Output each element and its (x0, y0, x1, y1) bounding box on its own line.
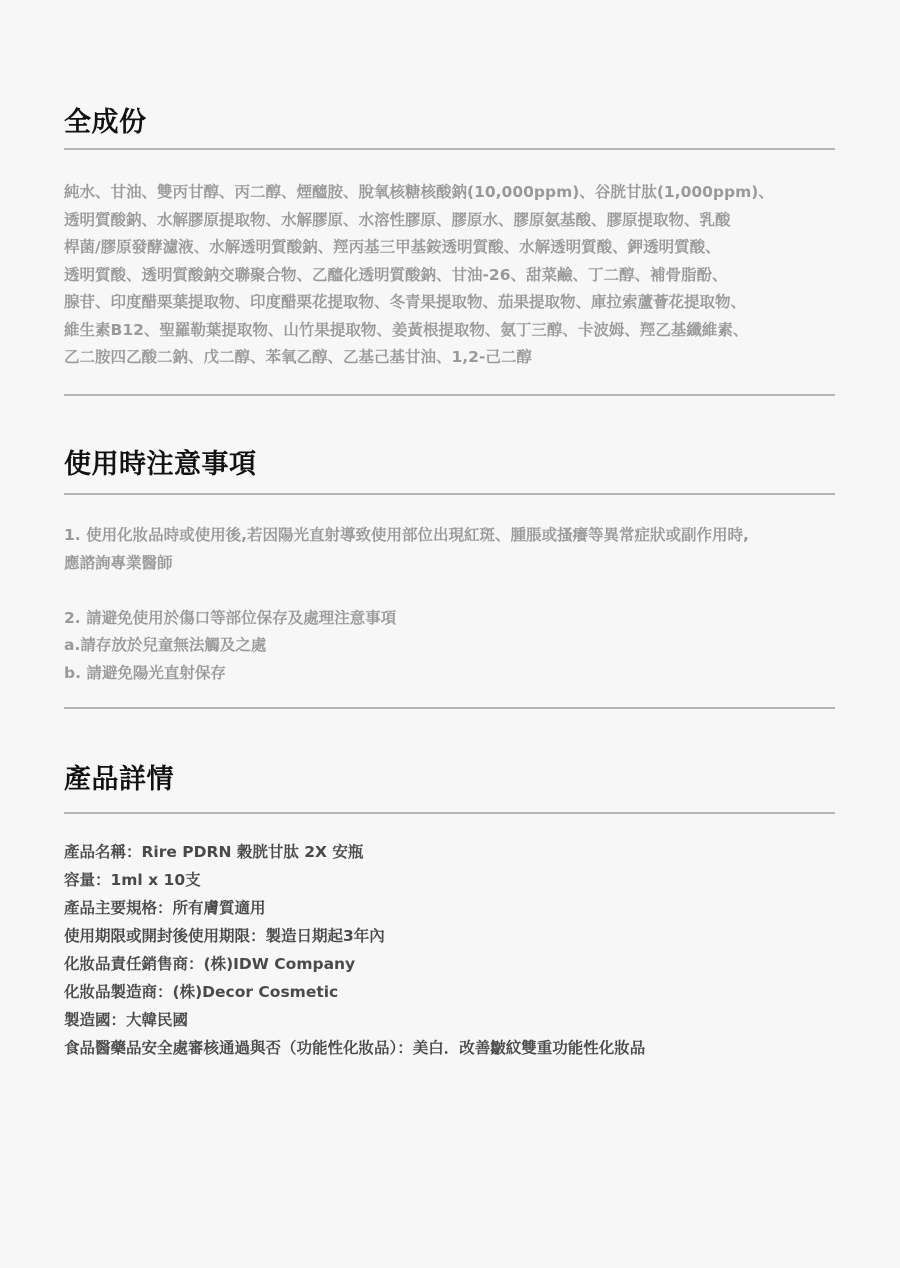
detail-shelf-life: 使用期限或開封後使用期限：製造日期起3年內 (64, 922, 645, 950)
caution-item-1-line-2: 應諮詢專業醫師 (64, 550, 749, 578)
details-title: 產品詳情 (64, 762, 174, 798)
detail-skin-type: 產品主要規格：所有膚質適用 (64, 894, 645, 922)
detail-distributor: 化妝品責任銷售商：(株)IDW Company (64, 950, 645, 978)
ingredients-line: 維生素B12、聖羅勒葉提取物、山竹果提取物、姜黃根提取物、氨丁三醇、卡波姆、羥乙… (64, 317, 774, 345)
caution-spacer (64, 577, 749, 605)
caution-item-1-line-1: 1. 使用化妝品時或使用後,若因陽光直射導致使用部位出現紅斑、腫脹或搔癢等異常症… (64, 522, 749, 550)
ingredients-section-divider (64, 394, 835, 396)
caution-item-2a: a.請存放於兒童無法觸及之處 (64, 632, 749, 660)
caution-item-2: 2. 請避免使用於傷口等部位保存及處理注意事項 (64, 605, 749, 633)
caution-title: 使用時注意事項 (64, 447, 257, 483)
details-title-divider (64, 812, 835, 814)
detail-volume: 容量：1ml x 10支 (64, 866, 645, 894)
ingredients-title-divider (64, 148, 835, 150)
caution-title-divider (64, 493, 835, 495)
detail-mfds-approval: 食品醫藥品安全處審核通過與否（功能性化妝品）：美白．改善皺紋雙重功能性化妝品 (64, 1034, 645, 1062)
ingredients-list: 純水、甘油、雙丙甘醇、丙二醇、煙醯胺、脫氧核糖核酸鈉(10,000ppm)、谷胱… (64, 179, 774, 372)
ingredients-line: 桿菌/膠原發酵濾液、水解透明質酸鈉、羥丙基三甲基銨透明質酸、水解透明質酸、鉀透明… (64, 234, 774, 262)
ingredients-line: 透明質酸、透明質酸鈉交聯聚合物、乙醯化透明質酸鈉、甘油-26、甜菜鹼、丁二醇、補… (64, 262, 774, 290)
caution-list: 1. 使用化妝品時或使用後,若因陽光直射導致使用部位出現紅斑、腫脹或搔癢等異常症… (64, 522, 749, 687)
ingredients-line: 透明質酸鈉、水解膠原提取物、水解膠原、水溶性膠原、膠原水、膠原氨基酸、膠原提取物… (64, 207, 774, 235)
caution-section-divider (64, 707, 835, 709)
ingredients-line: 乙二胺四乙酸二鈉、戊二醇、苯氧乙醇、乙基己基甘油、1,2-己二醇 (64, 344, 774, 372)
product-details-list: 產品名稱：Rire PDRN 穀胱甘肽 2X 安瓶 容量：1ml x 10支 產… (64, 838, 645, 1062)
detail-product-name: 產品名稱：Rire PDRN 穀胱甘肽 2X 安瓶 (64, 838, 645, 866)
detail-manufacturer: 化妝品製造商：(株)Decor Cosmetic (64, 978, 645, 1006)
ingredients-title: 全成份 (64, 105, 147, 141)
detail-country: 製造國：大韓民國 (64, 1006, 645, 1034)
ingredients-line: 純水、甘油、雙丙甘醇、丙二醇、煙醯胺、脫氧核糖核酸鈉(10,000ppm)、谷胱… (64, 179, 774, 207)
ingredients-line: 腺苷、印度醋栗葉提取物、印度醋栗花提取物、冬青果提取物、茄果提取物、庫拉索蘆薈花… (64, 289, 774, 317)
caution-item-2b: b. 請避免陽光直射保存 (64, 660, 749, 688)
